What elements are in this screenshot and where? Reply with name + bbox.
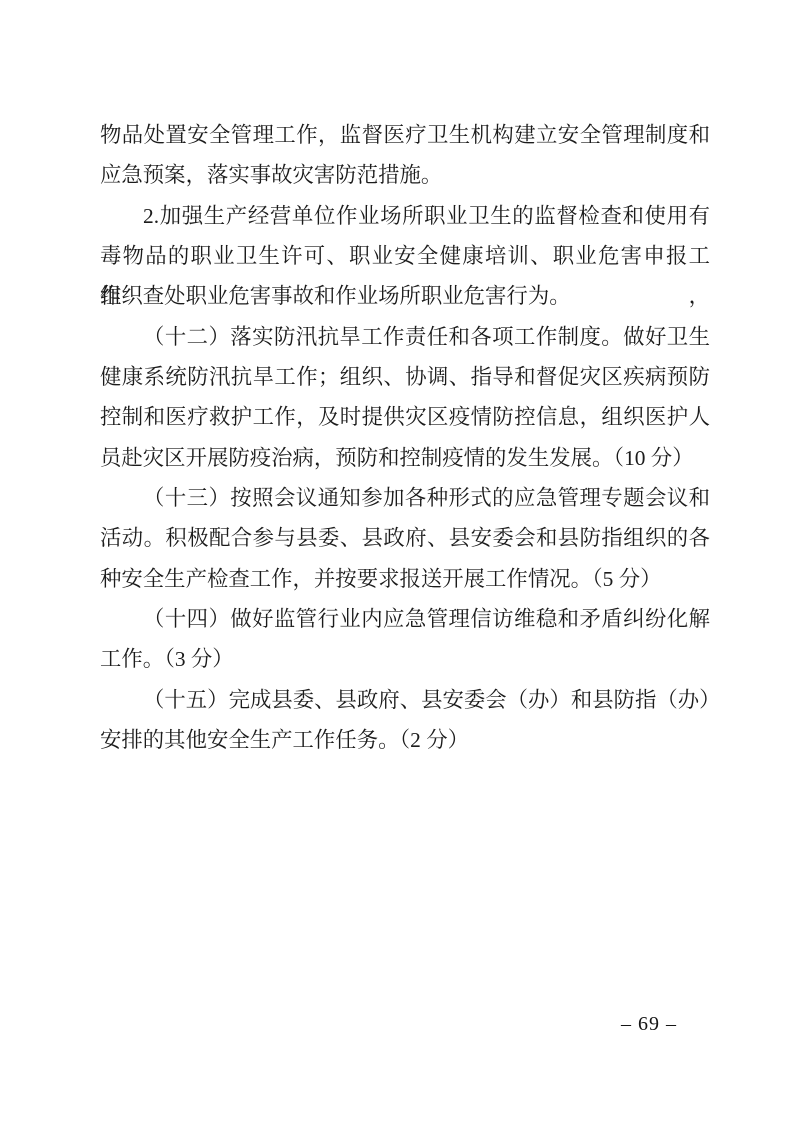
text-line: 工作。（3 分） [100, 639, 710, 679]
text-line: 控制和医疗救护工作，及时提供灾区疫情防控信息，组织医护人 [100, 397, 710, 437]
text-line: 安排的其他安全生产工作任务。（2 分） [100, 720, 710, 760]
text-line: 毒物品的职业卫生许可、职业安全健康培训、职业危害申报工作， [100, 236, 710, 276]
text-line: 种安全生产检查工作，并按要求报送开展工作情况。（5 分） [100, 559, 710, 599]
text-line: 健康系统防汛抗旱工作；组织、协调、指导和督促灾区疾病预防 [100, 357, 710, 397]
text-line: 2.加强生产经营单位作业场所职业卫生的监督检查和使用有 [100, 196, 710, 236]
document-body: 物品处置安全管理工作，监督医疗卫生机构建立安全管理制度和 应急预案，落实事故灾害… [100, 115, 710, 760]
text-line: （十三）按照会议通知参加各种形式的应急管理专题会议和 [100, 478, 710, 518]
text-line: 员赴灾区开展防疫治病，预防和控制疫情的发生发展。（10 分） [100, 438, 710, 478]
document-page: 物品处置安全管理工作，监督医疗卫生机构建立安全管理制度和 应急预案，落实事故灾害… [0, 0, 793, 1122]
page-number: – 69 – [621, 1013, 677, 1035]
text-line: 应急预案，落实事故灾害防范措施。 [100, 155, 710, 195]
text-line: （十五）完成县委、县政府、县安委会（办）和县防指（办） [100, 680, 710, 720]
text-line: 活动。积极配合参与县委、县政府、县安委会和县防指组织的各 [100, 518, 710, 558]
text-line: 物品处置安全管理工作，监督医疗卫生机构建立安全管理制度和 [100, 115, 710, 155]
text-line: （十二）落实防汛抗旱工作责任和各项工作制度。做好卫生 [100, 317, 710, 357]
text-line: （十四）做好监管行业内应急管理信访维稳和矛盾纠纷化解 [100, 599, 710, 639]
